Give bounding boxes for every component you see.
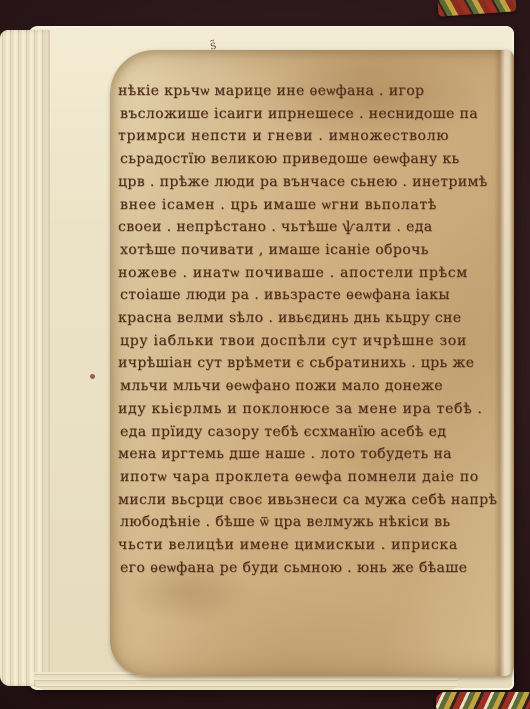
manuscript-page: ѕ̃ нѣкіе крьчѡ марице ине ѳеѡфана . игор… [110, 50, 514, 676]
manuscript-line: мльчи мльчи ѳеѡфано пожи мало донеже [120, 375, 500, 398]
manuscript-line: хотѣше почивати , имаше ісаніе оброчь [120, 239, 500, 262]
manuscript-line: красна велми ѕѣло . ивьєдинь днь кьцру с… [118, 307, 500, 330]
manuscript-line: мисли вьсрци своє ивьзнеси са мужа себѣ … [118, 489, 500, 512]
manuscript-line: внее ісамен . црь имаше ѡгни вьполатѣ [120, 194, 500, 217]
manuscript-line: црв . прѣже люди ра вънчасе сьнею . инет… [118, 171, 500, 194]
endband-top [438, 0, 517, 17]
manuscript-line: любодѣніе . бѣше ѿ цра велмужь нѣкіси вь [120, 511, 500, 534]
manuscript-line: ичрѣшіан сут врѣмети є сьбратинихь . црь… [118, 352, 500, 375]
manuscript-line: тримрси непсти и гневи . имножестволю [118, 125, 500, 148]
manuscript-line: сьрадостїю великою приведоше ѳеѡфану кь [120, 148, 500, 171]
manuscript-line: ипотѡ чара проклета ѳеѡфа помнели даіе п… [120, 466, 500, 489]
manuscript-line: ножеве . инатѡ почиваше . апостели прѣсм [118, 262, 500, 285]
open-book-photo: ѕ̃ нѣкіе крьчѡ марице ине ѳеѡфана . игор… [0, 0, 530, 709]
endband-bottom [436, 692, 530, 709]
manuscript-line: въсложише ісаиги ипрнешесе . неснидоше п… [120, 103, 500, 126]
manuscript-line: своеи . непрѣстано . чьтѣше ѱалти . еда [118, 216, 500, 239]
manuscript-line: стоіаше люди ра . ивьзрасте ѳеѡфана іакы [120, 284, 500, 307]
manuscript-line: его ѳеѡфана ре буди сьмною . юнь же бѣаш… [120, 557, 500, 580]
manuscript-line: цру іабльки твои доспѣли сут ичрѣшне зои [120, 330, 500, 353]
manuscript-line: чьсти велицѣи имене цимискыи . иприска [118, 534, 500, 557]
manuscript-line: нѣкіе крьчѡ марице ине ѳеѡфана . игор [118, 80, 500, 103]
manuscript-line: мена иргтемь дше наше . лото тобудеть на [118, 443, 500, 466]
manuscript-text: нѣкіе крьчѡ марице ине ѳеѡфана . игорвъс… [118, 80, 500, 579]
manuscript-line: еда прїиду сазору тебѣ єсхманїю асебѣ ед [120, 421, 500, 444]
ink-spot [90, 374, 95, 379]
page-stack-left-edges [0, 30, 50, 686]
manuscript-line: иду кьієрлмь и поклонюсе за мене ира теб… [118, 398, 500, 421]
